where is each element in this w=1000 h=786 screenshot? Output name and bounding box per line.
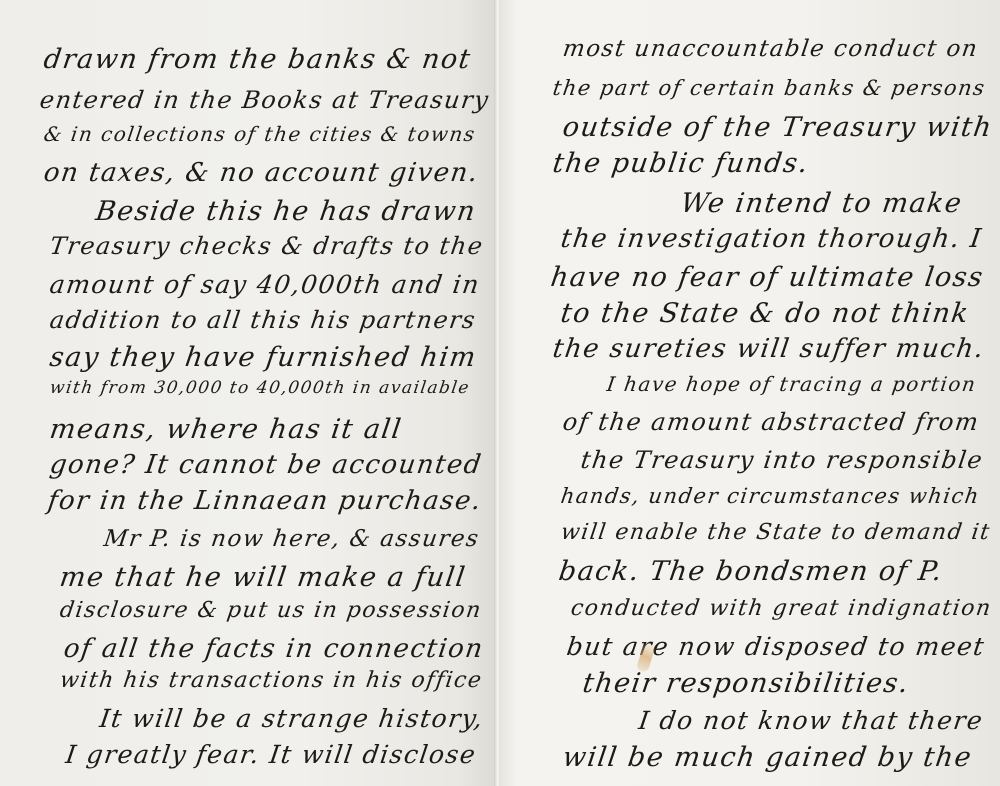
right-line-4: the public funds. [551, 148, 811, 179]
right-line-17: but are now disposed to meet [565, 632, 987, 661]
right-line-16: conducted with great indignation [569, 596, 993, 621]
right-line-9: the sureties will suffer much. [551, 334, 987, 364]
left-line-10: with from 30,000 to 40,000th in availabl… [49, 378, 472, 398]
right-line-14: will enable the State to demand it [559, 520, 992, 545]
left-line-6: Treasury checks & drafts to the [48, 232, 486, 260]
left-line-5: Beside this he has drawn [94, 196, 478, 227]
right-line-11: of the amount abstracted from [561, 408, 981, 436]
left-line-18: with his transactions in his office [58, 668, 484, 693]
right-line-8: to the State & do not think [559, 298, 972, 329]
right-line-7: have no fear of ultimate loss [549, 262, 986, 293]
right-line-19: I do not know that there [637, 706, 985, 735]
left-line-13: for in the Linnaean purchase. [46, 486, 484, 516]
right-line-13: hands, under circumstances which [559, 484, 981, 508]
left-line-3: & in collections of the cities & towns [42, 122, 477, 146]
right-page: most unaccountable conduct on the part o… [497, 0, 1000, 786]
left-line-15: me that he will make a full [58, 562, 468, 593]
right-line-5: We intend to make [679, 188, 965, 219]
left-line-17: of all the facts in connection [62, 634, 486, 664]
page-gutter [494, 0, 500, 786]
right-line-1: most unaccountable conduct on [561, 36, 980, 62]
left-line-12: gone? It cannot be accounted [48, 450, 484, 480]
left-line-20: I greatly fear. It will disclose [64, 740, 478, 769]
left-line-4: on taxes, & no account given. [42, 158, 481, 188]
left-line-14: Mr P. is now here, & assures [102, 526, 481, 552]
left-line-11: means, where has it all [48, 414, 404, 445]
right-line-20: will be much gained by the [561, 742, 974, 773]
right-line-12: the Treasury into responsible [579, 446, 985, 474]
right-line-6: the investigation thorough. I [559, 224, 984, 254]
right-line-3: outside of the Treasury with [561, 112, 995, 143]
left-line-19: It will be a strange history, [98, 704, 486, 733]
left-line-2: entered in the Books at Treasury [38, 86, 491, 114]
left-line-8: addition to all this his partners [48, 306, 478, 334]
left-line-16: disclosure & put us in possession [58, 598, 483, 623]
right-line-18: their responsibilities. [581, 668, 911, 699]
left-line-1: drawn from the banks & not [42, 44, 474, 75]
left-line-9: say they have furnished him [48, 342, 479, 373]
left-line-7: amount of say 40,000th and in [48, 270, 482, 299]
left-page: drawn from the banks & not entered in th… [0, 0, 497, 786]
right-line-15: back. The bondsmen of P. [557, 556, 945, 587]
right-line-10: I have hope of tracing a portion [605, 372, 978, 396]
right-line-2: the part of certain banks & persons [551, 76, 987, 100]
letter-spread: drawn from the banks & not entered in th… [0, 0, 1000, 786]
